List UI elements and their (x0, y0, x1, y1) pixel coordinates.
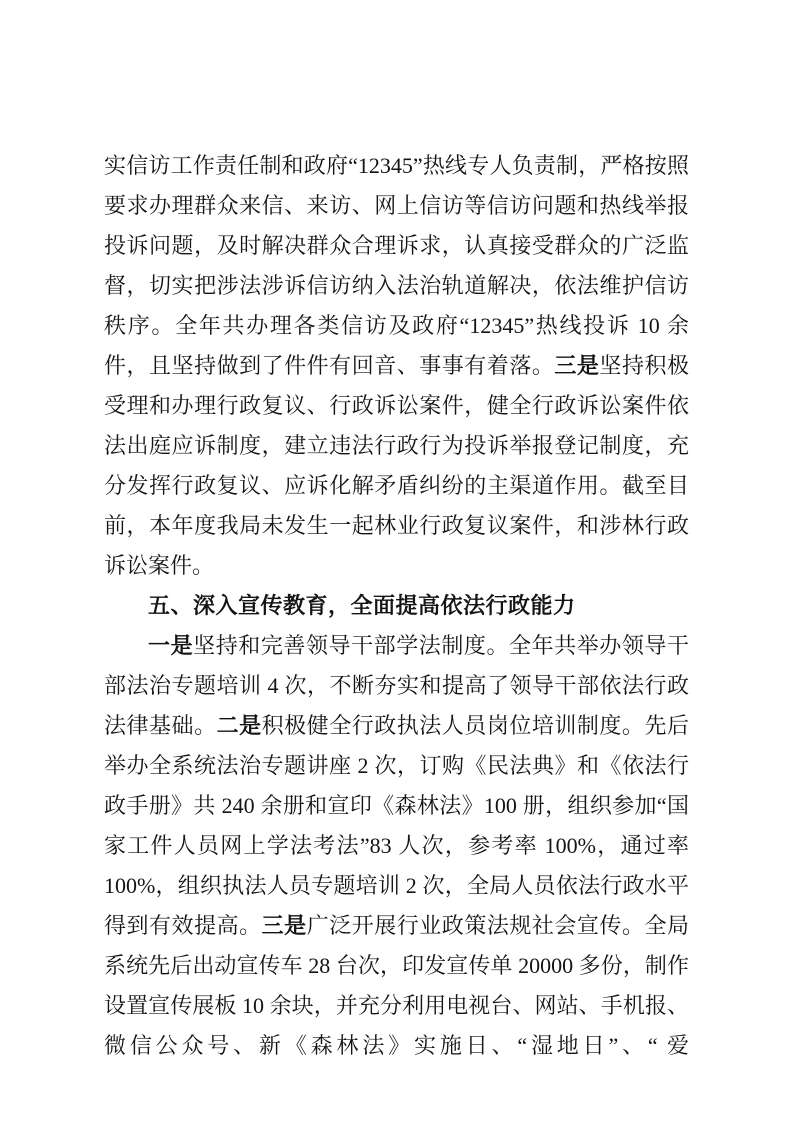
document-text: 实信访工作责任制和政府“12345”热线专人负责制，严格按照要求办理群众来信、来… (104, 146, 689, 1066)
paragraph: 一是坚持和完善领导干部学法制度。全年共举办领导干部法治专题培训 4 次，不断夯实… (104, 626, 689, 1066)
emphasis-run: 一是 (148, 633, 193, 658)
emphasis-run: 三是 (554, 353, 599, 378)
text-run: 坚持积极受理和办理行政复议、行政诉讼案件，健全行政诉讼案件依法出庭应诉制度，建立… (104, 353, 689, 578)
document-page: 实信访工作责任制和政府“12345”热线专人负责制，严格按照要求办理群众来信、来… (0, 0, 793, 1122)
section-heading: 五、深入宣传教育，全面提高依法行政能力 (104, 586, 689, 626)
text-run: 积极健全行政执法人员岗位培训制度。先后举办全系统法治专题讲座 2 次，订购《民法… (104, 713, 689, 938)
emphasis-run: 五、深入宣传教育，全面提高依法行政能力 (148, 593, 576, 618)
emphasis-run: 三是 (262, 913, 307, 938)
emphasis-run: 二是 (217, 713, 262, 738)
text-run: 实信访工作责任制和政府“12345”热线专人负责制，严格按照要求办理群众来信、来… (104, 153, 689, 378)
paragraph: 实信访工作责任制和政府“12345”热线专人负责制，严格按照要求办理群众来信、来… (104, 146, 689, 586)
